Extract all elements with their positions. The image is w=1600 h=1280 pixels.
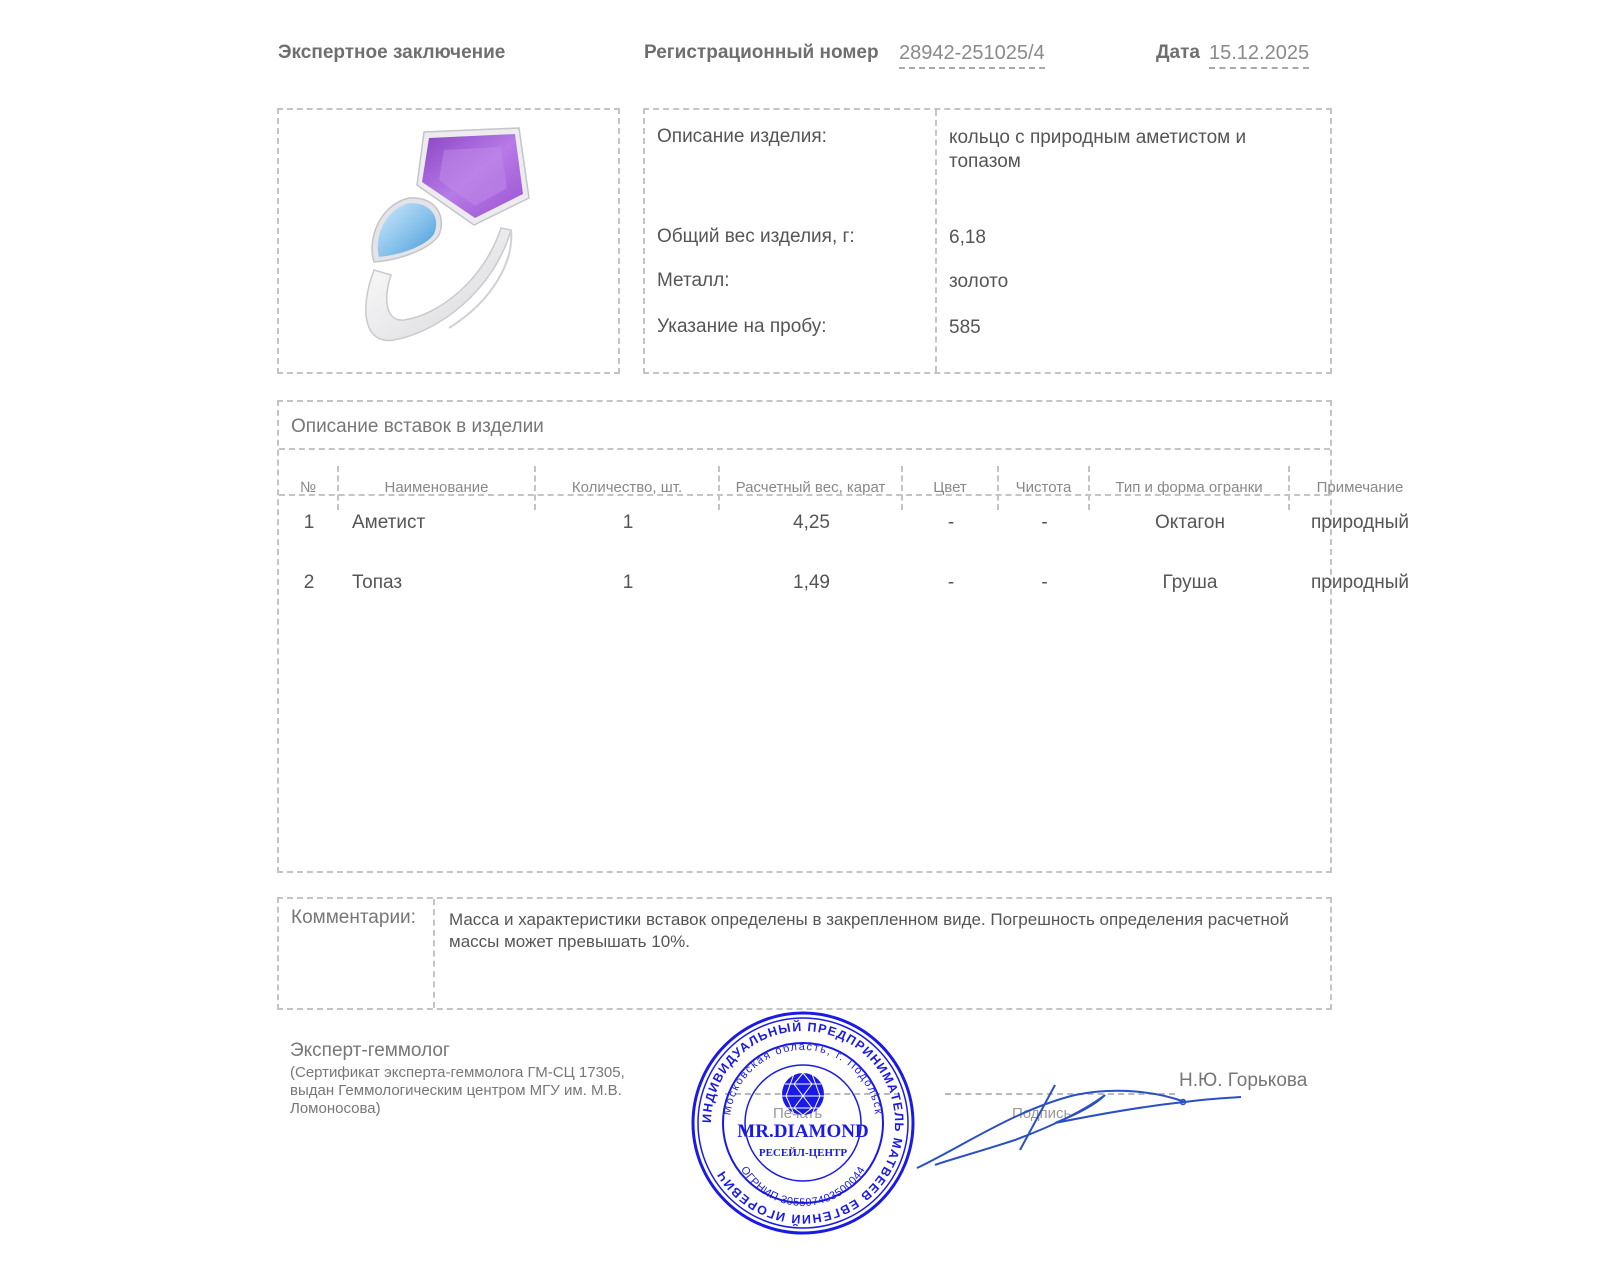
ring-photo — [279, 110, 618, 372]
stone-note: природный — [1290, 572, 1430, 594]
stone-quantity: 1 — [536, 572, 720, 594]
item-description-panel: Описание изделия: кольцо с природным аме… — [643, 108, 1332, 374]
item-description-value: кольцо с природным аметистом и топазом — [949, 126, 1319, 174]
column-divider — [935, 110, 937, 372]
total-weight-label: Общий вес изделия, г: — [657, 226, 855, 248]
column-header-weight: Расчетный вес, карат — [720, 466, 903, 510]
diamond-icon — [782, 1073, 824, 1115]
stone-weight: 4,25 — [720, 512, 903, 534]
row-number: 1 — [279, 512, 339, 534]
stone-note: природный — [1290, 512, 1430, 534]
column-header-clarity: Чистота — [999, 466, 1090, 510]
handwritten-signature — [905, 1065, 1245, 1175]
column-header-name: Наименование — [339, 466, 536, 510]
metal-value: золото — [949, 270, 1319, 294]
stone-cut: Октагон — [1090, 512, 1290, 534]
document-title: Экспертное заключение — [278, 42, 505, 64]
hallmark-value: 585 — [949, 316, 1319, 340]
stone-clarity: - — [999, 512, 1090, 534]
stone-cut: Груша — [1090, 572, 1290, 594]
stamp-brand: MR.DIAMOND — [737, 1121, 868, 1142]
stone-name: Аметист — [352, 512, 425, 534]
date-value: 15.12.2025 — [1209, 42, 1309, 69]
inserts-table: Описание вставок в изделии № Наименовани… — [277, 400, 1332, 873]
column-header-cut: Тип и форма огранки — [1090, 466, 1290, 510]
inserts-title: Описание вставок в изделии — [291, 416, 544, 438]
comments-panel: Комментарии: Масса и характеристики вста… — [277, 897, 1332, 1010]
hallmark-label: Указание на пробу: — [657, 316, 827, 338]
registration-number-value: 28942-251025/4 — [899, 42, 1045, 69]
column-header-quantity: Количество, шт. — [536, 466, 720, 510]
stone-name: Топаз — [352, 572, 402, 594]
column-header-number: № — [279, 466, 339, 510]
stone-color: - — [903, 512, 999, 534]
stamp-subtitle: РЕСЕЙЛ-ЦЕНТР — [759, 1147, 848, 1159]
stone-color: - — [903, 572, 999, 594]
column-header-color: Цвет — [903, 466, 999, 510]
company-stamp: ИНДИВИДУАЛЬНЫЙ ПРЕДПРИНИМАТЕЛЬ МАТВЕЕВ Е… — [690, 1010, 916, 1236]
expert-certificate: (Сертификат эксперта-геммолога ГМ-СЦ 173… — [290, 1064, 670, 1118]
expert-title: Эксперт-геммолог — [290, 1040, 450, 1062]
metal-label: Металл: — [657, 270, 729, 292]
divider — [279, 494, 1330, 496]
row-number: 2 — [279, 572, 339, 594]
product-photo-frame — [277, 108, 620, 374]
stone-clarity: - — [999, 572, 1090, 594]
column-header-note: Примечание — [1290, 466, 1430, 510]
comments-text: Масса и характеристики вставок определен… — [449, 909, 1319, 953]
divider — [279, 448, 1330, 450]
total-weight-value: 6,18 — [949, 226, 1319, 250]
registration-number-label: Регистрационный номер — [644, 42, 879, 64]
date-label: Дата — [1156, 42, 1200, 64]
column-divider — [433, 899, 435, 1008]
item-description-label: Описание изделия: — [657, 126, 827, 148]
comments-label: Комментарии: — [291, 907, 416, 929]
stone-quantity: 1 — [536, 512, 720, 534]
stone-weight: 1,49 — [720, 572, 903, 594]
